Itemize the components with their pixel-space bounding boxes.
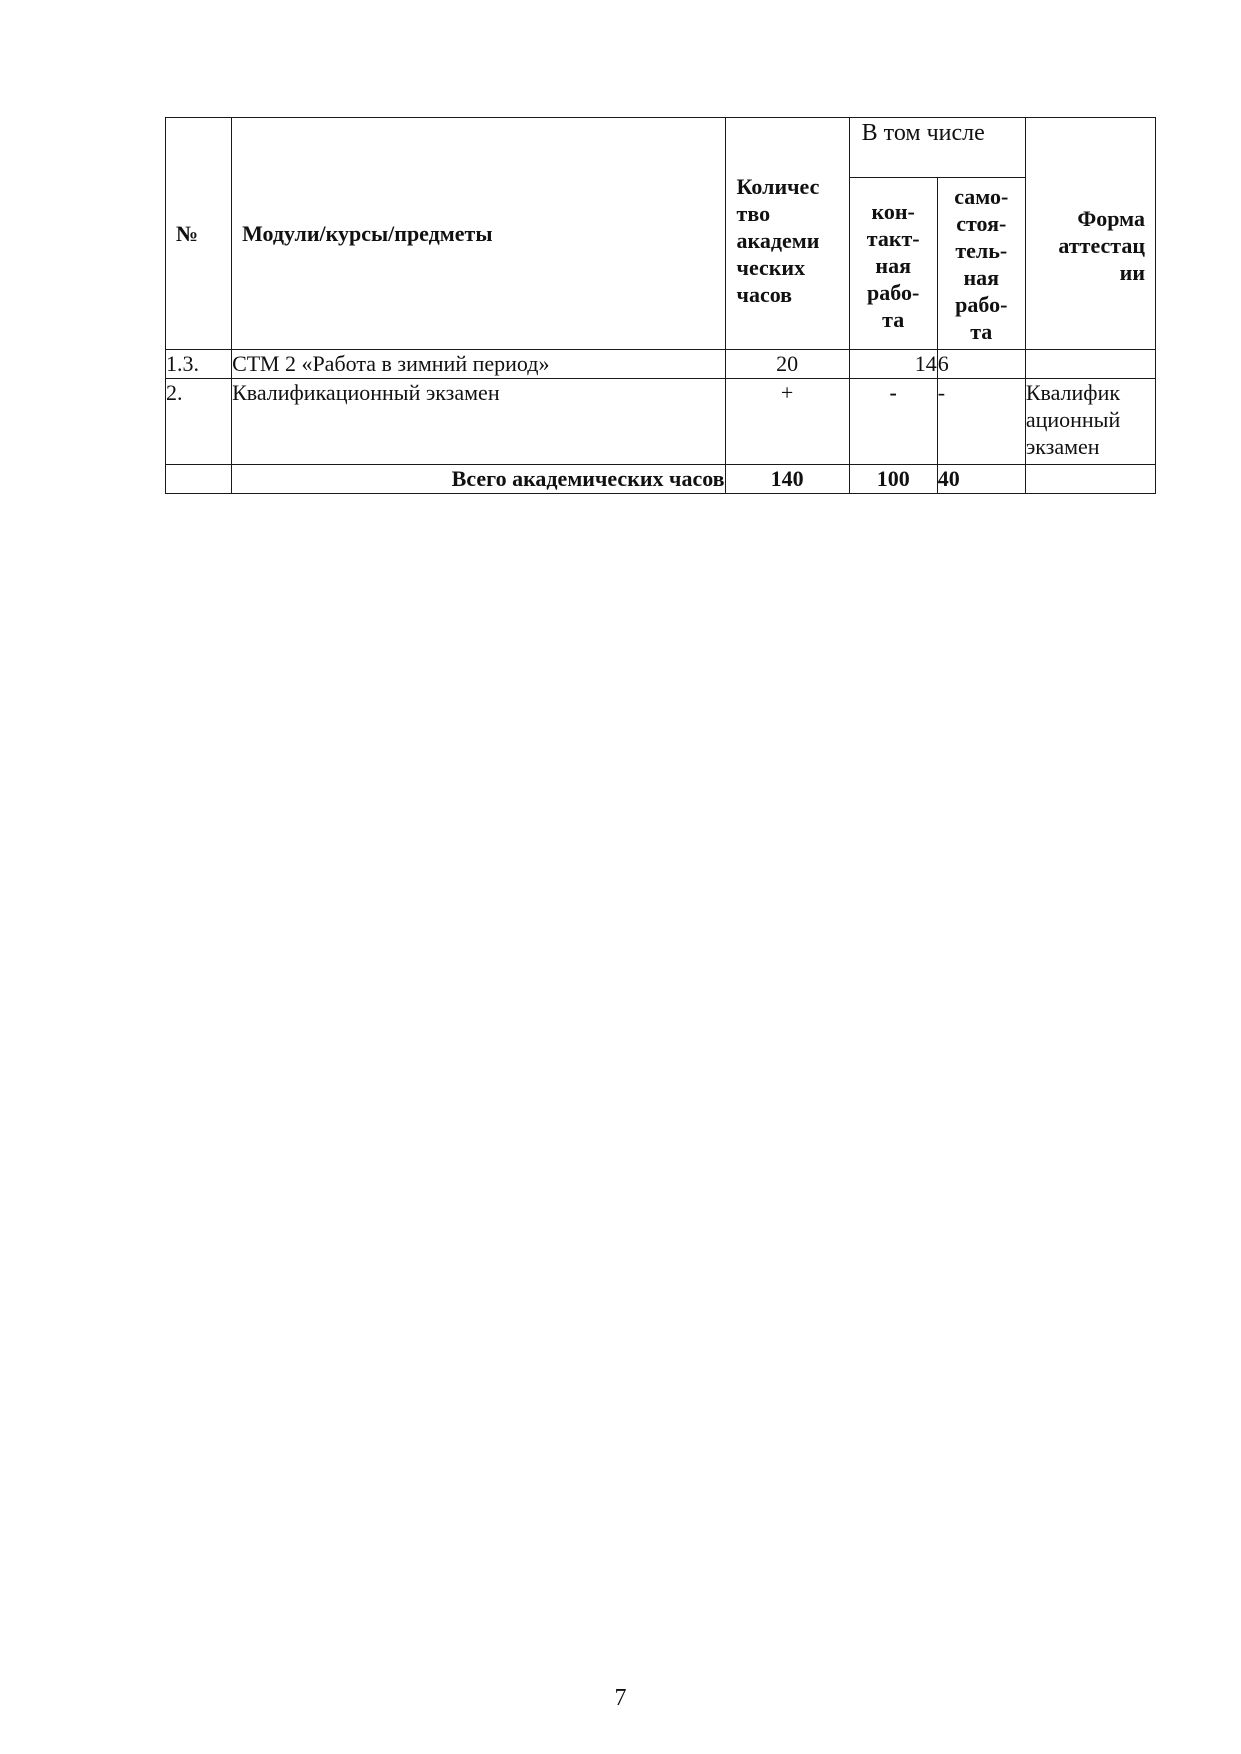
row-contact: 14 — [849, 350, 937, 379]
row-self: 6 — [937, 350, 1025, 379]
header-contact: кон- такт- ная рабо- та — [849, 178, 937, 350]
row-number: 1.3. — [166, 350, 232, 379]
row-hours: 20 — [725, 350, 849, 379]
total-label: Всего академических часов — [232, 465, 725, 494]
row-form: Квалифик ационный экзамен — [1025, 379, 1155, 465]
total-form — [1025, 465, 1155, 494]
total-contact: 100 — [849, 465, 937, 494]
header-hours: Количес тво академи ческих часов — [725, 118, 849, 350]
total-hours: 140 — [725, 465, 849, 494]
row-hours: + — [725, 379, 849, 465]
row-number: 2. — [166, 379, 232, 465]
page-number: 7 — [0, 1685, 1241, 1712]
total-number — [166, 465, 232, 494]
row-name: Квалификационный экзамен — [232, 379, 725, 465]
total-self: 40 — [937, 465, 1025, 494]
header-row: № Модули/курсы/предметы Количес тво акад… — [166, 118, 1156, 178]
total-row: Всего академических часов 140 100 40 — [166, 465, 1156, 494]
table-row: 1.3. СТМ 2 «Работа в зимний период» 20 1… — [166, 350, 1156, 379]
row-contact: - — [849, 379, 937, 465]
header-self: само- стоя- тель- ная рабо- та — [937, 178, 1025, 350]
header-number: № — [166, 118, 232, 350]
header-form: Форма аттестац ии — [1025, 118, 1155, 350]
row-self: - — [937, 379, 1025, 465]
row-name: СТМ 2 «Работа в зимний период» — [232, 350, 725, 379]
row-form — [1025, 350, 1155, 379]
table-row: 2. Квалификационный экзамен + - - Квалиф… — [166, 379, 1156, 465]
header-name: Модули/курсы/предметы — [232, 118, 725, 350]
curriculum-table: № Модули/курсы/предметы Количес тво акад… — [165, 117, 1156, 494]
header-including: В том числе — [849, 118, 1025, 178]
